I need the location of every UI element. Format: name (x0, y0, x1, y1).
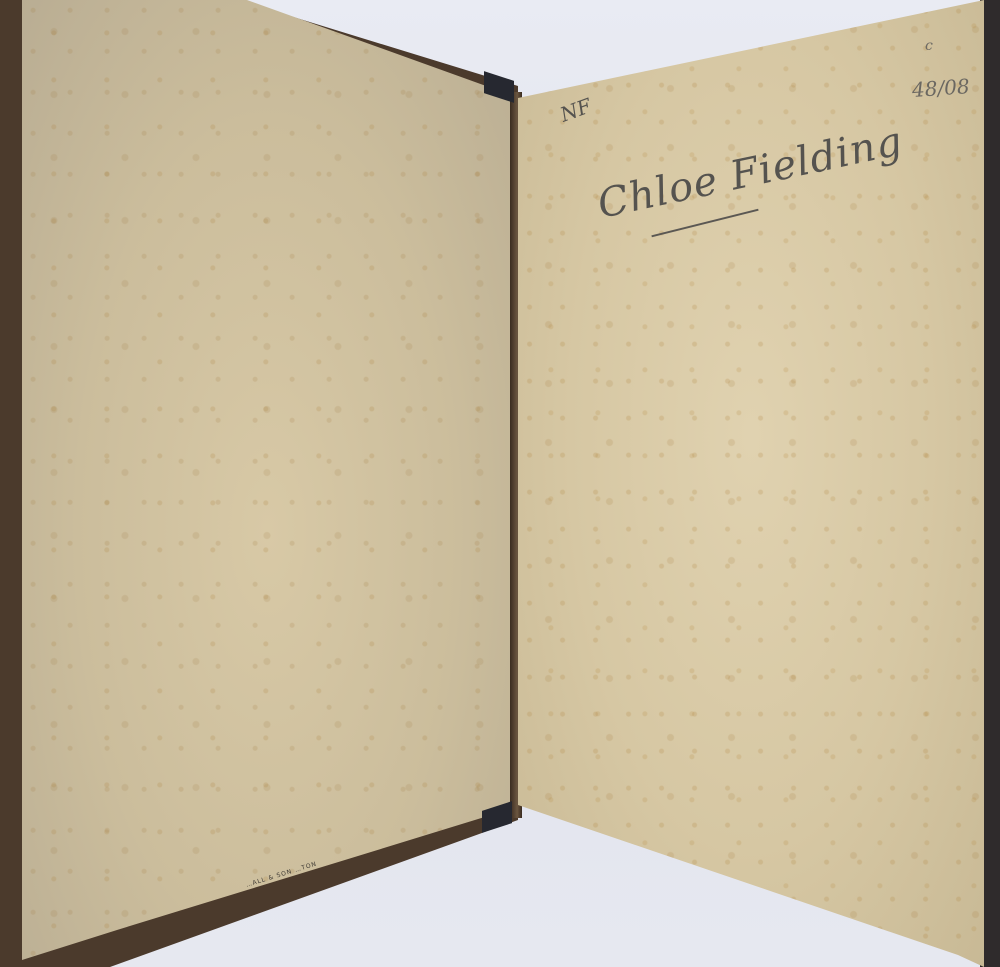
pastedown-page (22, 0, 514, 967)
free-endpaper (518, 0, 984, 967)
inscription-corner-mark: c (925, 38, 933, 54)
book-photo: …ALL & SON …TON NF Chloe Fielding c 48/0… (0, 0, 1000, 967)
inscription-catalog-number: 48/08 (911, 74, 970, 102)
